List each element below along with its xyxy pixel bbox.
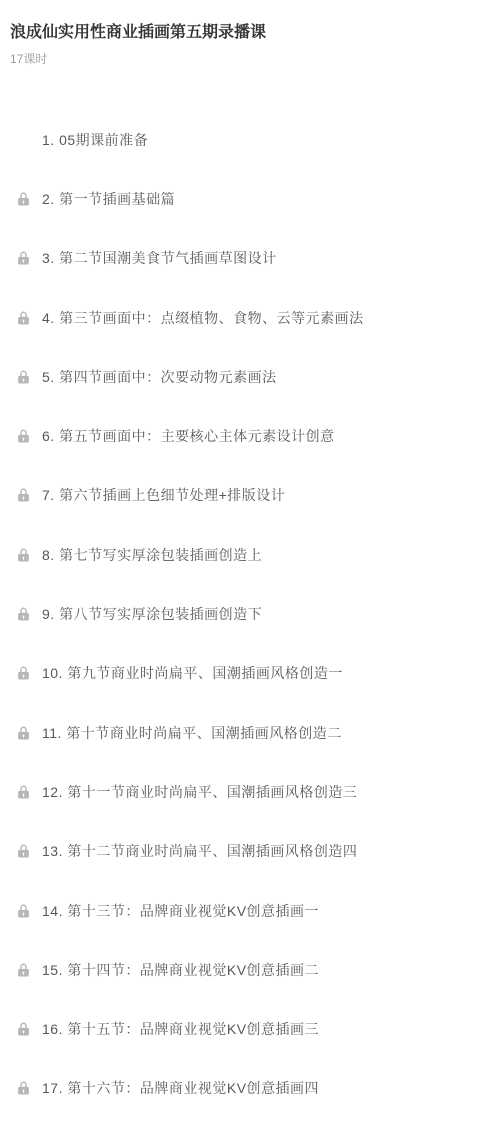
- lesson-title: 17. 第十六节：品牌商业视觉KV创意插画四: [42, 1078, 319, 1098]
- lock-icon: [17, 904, 30, 918]
- lock-icon: [17, 370, 30, 384]
- lesson-title: 13. 第十二节商业时尚扁平、国潮插画风格创造四: [42, 841, 357, 861]
- lesson-title: 16. 第十五节：品牌商业视觉KV创意插画三: [42, 1019, 319, 1039]
- lesson-row-2[interactable]: 2. 第一节插画基础篇: [0, 169, 481, 228]
- lesson-title: 14. 第十三节：品牌商业视觉KV创意插画一: [42, 901, 319, 921]
- lock-icon: [17, 192, 30, 206]
- lesson-title: 4. 第三节画面中：点缀植物、食物、云等元素画法: [42, 308, 364, 328]
- lock-icon: [17, 963, 30, 977]
- lesson-title: 12. 第十一节商业时尚扁平、国潮插画风格创造三: [42, 782, 357, 802]
- lock-icon: [17, 429, 30, 443]
- lesson-row-13[interactable]: 13. 第十二节商业时尚扁平、国潮插画风格创造四: [0, 822, 481, 881]
- lesson-title: 1. 05期课前准备: [42, 130, 148, 150]
- lock-icon: [17, 251, 30, 265]
- lesson-row-5[interactable]: 5. 第四节画面中：次要动物元素画法: [0, 347, 481, 406]
- lesson-row-15[interactable]: 15. 第十四节：品牌商业视觉KV创意插画二: [0, 940, 481, 999]
- lock-icon: [17, 1081, 30, 1095]
- lock-icon: [17, 548, 30, 562]
- page-title: 浪成仙实用性商业插画第五期录播课: [10, 23, 469, 43]
- lesson-title: 10. 第九节商业时尚扁平、国潮插画风格创造一: [42, 663, 343, 683]
- lesson-row-16[interactable]: 16. 第十五节：品牌商业视觉KV创意插画三: [0, 999, 481, 1058]
- lesson-title: 6. 第五节画面中：主要核心主体元素设计创意: [42, 426, 335, 446]
- lesson-title: 8. 第七节写实厚涂包装插画创造上: [42, 545, 262, 565]
- lesson-row-17[interactable]: 17. 第十六节：品牌商业视觉KV创意插画四: [0, 1059, 481, 1118]
- lesson-row-14[interactable]: 14. 第十三节：品牌商业视觉KV创意插画一: [0, 881, 481, 940]
- lesson-title: 11. 第十节商业时尚扁平、国潮插画风格创造二: [42, 723, 342, 743]
- lesson-title: 7. 第六节插画上色细节处理+排版设计: [42, 485, 285, 505]
- lesson-title: 2. 第一节插画基础篇: [42, 189, 175, 209]
- lock-icon: [17, 607, 30, 621]
- lesson-row-8[interactable]: 8. 第七节写实厚涂包装插画创造上: [0, 525, 481, 584]
- lock-icon: [17, 726, 30, 740]
- lesson-row-3[interactable]: 3. 第二节国潮美食节气插画草图设计: [0, 229, 481, 288]
- lesson-row-9[interactable]: 9. 第八节写实厚涂包装插画创造下: [0, 584, 481, 643]
- lesson-row-11[interactable]: 11. 第十节商业时尚扁平、国潮插画风格创造二: [0, 703, 481, 762]
- lesson-row-10[interactable]: 10. 第九节商业时尚扁平、国潮插画风格创造一: [0, 644, 481, 703]
- lesson-row-12[interactable]: 12. 第十一节商业时尚扁平、国潮插画风格创造三: [0, 762, 481, 821]
- lesson-count: 17课时: [10, 50, 469, 67]
- lock-icon: [17, 666, 30, 680]
- lock-icon: [17, 1022, 30, 1036]
- lesson-title: 5. 第四节画面中：次要动物元素画法: [42, 367, 277, 387]
- lesson-title: 3. 第二节国潮美食节气插画草图设计: [42, 248, 277, 268]
- lock-icon: [17, 844, 30, 858]
- course-header: 浪成仙实用性商业插画第五期录播课 17课时: [0, 0, 481, 67]
- course-page: 浪成仙实用性商业插画第五期录播课 17课时 1. 05期课前准备 2. 第一节插…: [0, 0, 481, 1136]
- lock-icon: [17, 785, 30, 799]
- lesson-row-6[interactable]: 6. 第五节画面中：主要核心主体元素设计创意: [0, 406, 481, 465]
- lesson-list: 1. 05期课前准备 2. 第一节插画基础篇 3. 第二节国潮美食节气插画草图设…: [0, 110, 481, 1118]
- lesson-title: 15. 第十四节：品牌商业视觉KV创意插画二: [42, 960, 319, 980]
- lock-icon: [17, 488, 30, 502]
- lock-icon: [17, 311, 30, 325]
- lesson-row-4[interactable]: 4. 第三节画面中：点缀植物、食物、云等元素画法: [0, 288, 481, 347]
- lesson-row-1[interactable]: 1. 05期课前准备: [0, 110, 481, 169]
- lesson-title: 9. 第八节写实厚涂包装插画创造下: [42, 604, 262, 624]
- lesson-row-7[interactable]: 7. 第六节插画上色细节处理+排版设计: [0, 466, 481, 525]
